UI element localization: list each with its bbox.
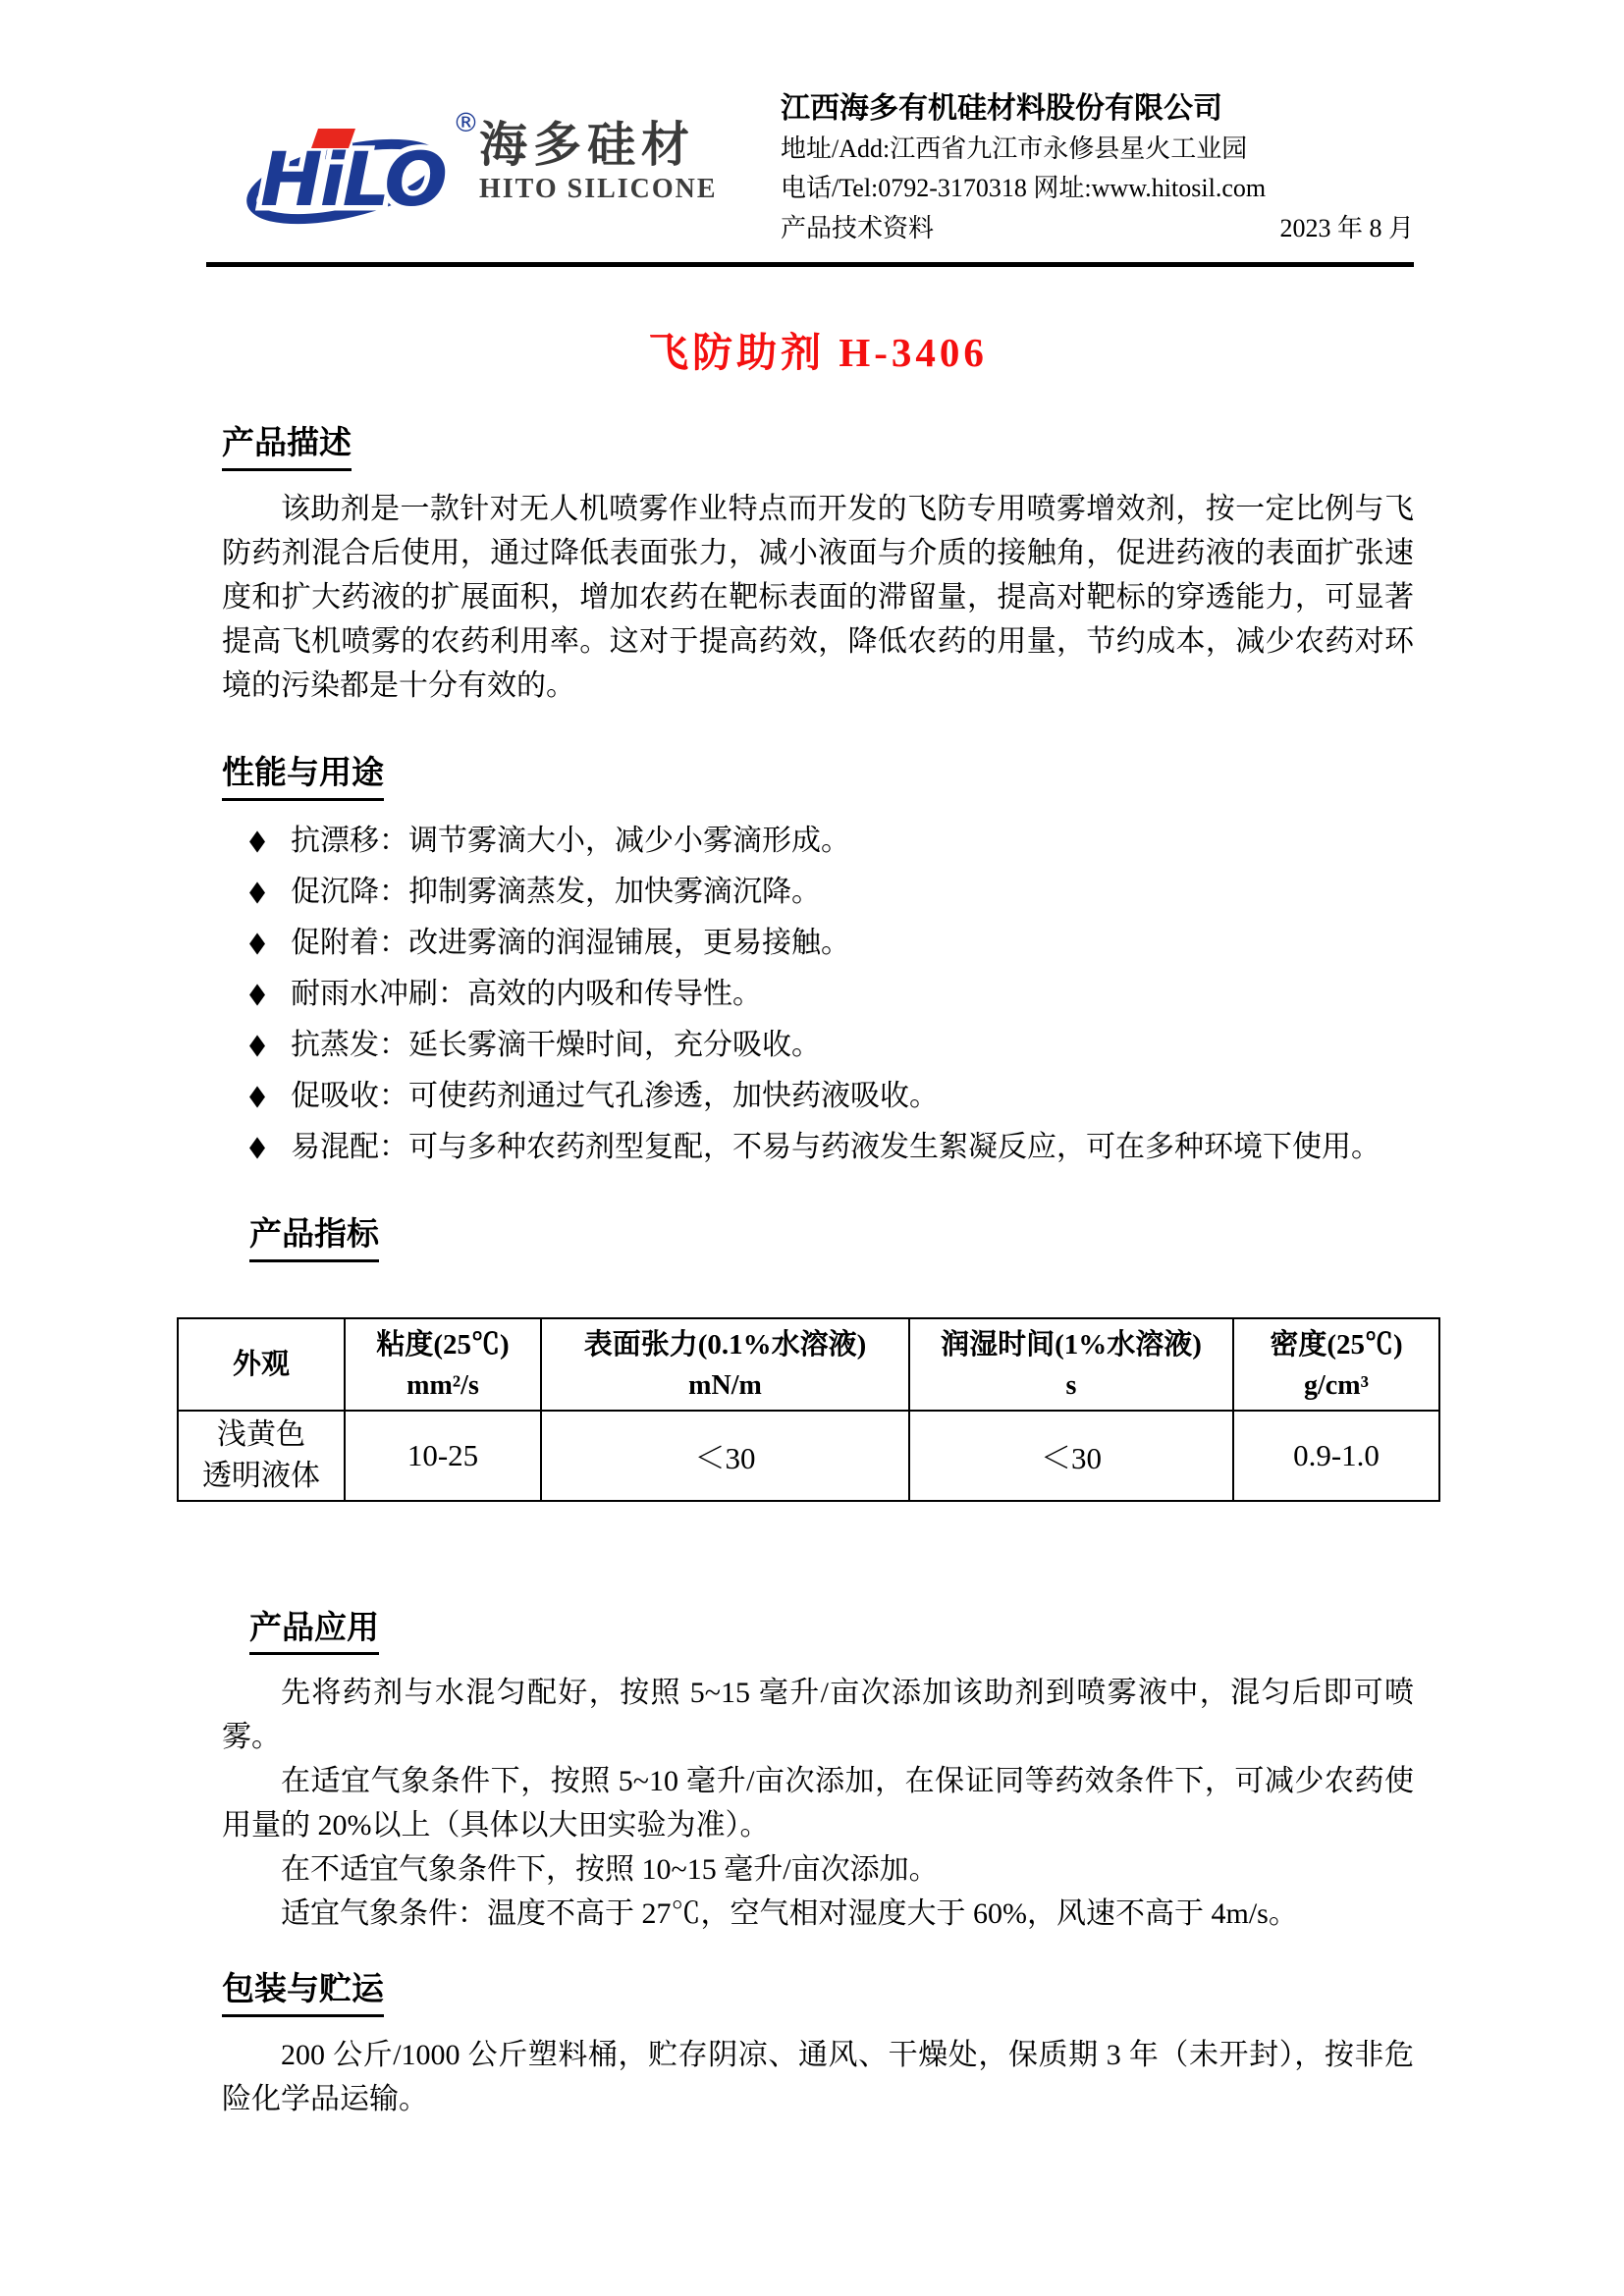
section-description: 产品描述 该助剂是一款针对无人机喷雾作业特点而开发的飞防专用喷雾增效剂，按一定比…: [222, 423, 1414, 708]
spec-table: 外观 粘度(25℃)mm²/s 表面张力(0.1%水溶液)mN/m 润湿时间(1…: [177, 1317, 1440, 1502]
packaging-heading: 包装与贮运: [222, 1969, 1414, 2017]
doc-type-label: 产品技术资料: [781, 209, 934, 248]
application-heading: 产品应用: [249, 1608, 1414, 1656]
application-paragraph: 在不适宜气象条件下，按照 10~15 毫升/亩次添加。: [222, 1847, 1414, 1892]
hito-logo-mark: HiLO ®: [245, 116, 454, 232]
performance-heading: 性能与用途: [222, 753, 1414, 801]
feature-item: ◆抗蒸发：延长雾滴干燥时间，充分吸收。: [222, 1023, 1414, 1067]
feature-text: 促沉降：抑制雾滴蒸发，加快雾滴沉降。: [291, 870, 1414, 914]
diamond-bullet-icon: ◆: [249, 921, 279, 965]
feature-text: 抗蒸发：延长雾滴干燥时间，充分吸收。: [291, 1023, 1414, 1067]
spec-value-cell: ＜30: [541, 1411, 909, 1501]
application-paragraph: 适宜气象条件：温度不高于 27℃，空气相对湿度大于 60%，风速不高于 4m/s…: [222, 1892, 1414, 1936]
document-page: HiLO ® 海多硅材 HITO SILICONE 江西海多有机硅材料股份有限公…: [0, 0, 1624, 2296]
section-specs: 产品指标 外观 粘度(25℃)mm²/s 表面张力(0.1%水溶液)mN/m 润…: [222, 1214, 1414, 1502]
company-logo: HiLO ® 海多硅材 HITO SILICONE: [245, 116, 718, 232]
spec-col-header: 表面张力(0.1%水溶液)mN/m: [541, 1318, 909, 1411]
packaging-body: 200 公斤/1000 公斤塑料桶，贮存阴凉、通风、干燥处，保质期 3 年（未开…: [222, 2033, 1414, 2121]
spec-col-header: 润湿时间(1%水溶液)s: [909, 1318, 1233, 1411]
logo-text-block: 海多硅材 HITO SILICONE: [479, 116, 718, 205]
spec-value-cell: 浅黄色 透明液体: [178, 1411, 345, 1501]
hito-wordmark-icon: HiLO: [245, 116, 454, 232]
spec-header-row: 外观 粘度(25℃)mm²/s 表面张力(0.1%水溶液)mN/m 润湿时间(1…: [178, 1318, 1439, 1411]
logo-red-dash-icon: [311, 129, 355, 148]
doc-date: 2023 年 8 月: [1279, 209, 1414, 248]
feature-text: 抗漂移：调节雾滴大小，减少小雾滴形成。: [291, 819, 1414, 863]
spec-col-header: 外观: [178, 1318, 345, 1411]
spec-value-cell: ＜30: [909, 1411, 1233, 1501]
section-packaging: 包装与贮运 200 公斤/1000 公斤塑料桶，贮存阴凉、通风、干燥处，保质期 …: [222, 1969, 1414, 2121]
feature-item: ◆耐雨水冲刷：高效的内吸和传导性。: [222, 972, 1414, 1016]
feature-text: 促附着：改进雾滴的润湿铺展，更易接触。: [291, 921, 1414, 965]
feature-item: ◆易混配：可与多种农药剂型复配，不易与药液发生絮凝反应，可在多种环境下使用。: [222, 1125, 1414, 1169]
page-header: HiLO ® 海多硅材 HITO SILICONE 江西海多有机硅材料股份有限公…: [222, 88, 1414, 248]
header-rule: [206, 262, 1414, 267]
section-application: 产品应用 先将药剂与水混匀配好，按照 5~15 毫升/亩次添加该助剂到喷雾液中，…: [222, 1608, 1414, 1937]
logo-cn-name: 海多硅材: [479, 118, 718, 173]
diamond-bullet-icon: ◆: [249, 1074, 279, 1118]
feature-text: 促吸收：可使药剂通过气孔渗透，加快药液吸收。: [291, 1074, 1414, 1118]
feature-item: ◆促吸收：可使药剂通过气孔渗透，加快药液吸收。: [222, 1074, 1414, 1118]
logo-en-name: HITO SILICONE: [479, 174, 718, 205]
specs-heading: 产品指标: [249, 1214, 1414, 1262]
registered-trademark-icon: ®: [453, 108, 479, 138]
diamond-bullet-icon: ◆: [249, 819, 279, 863]
company-tel-web: 电话/Tel:0792-3170318 网址:www.hitosil.com: [781, 169, 1414, 208]
spec-col-header: 密度(25℃)g/cm³: [1233, 1318, 1439, 1411]
diamond-bullet-icon: ◆: [249, 972, 279, 1016]
doc-meta-row: 产品技术资料 2023 年 8 月: [781, 209, 1414, 248]
description-body: 该助剂是一款针对无人机喷雾作业特点而开发的飞防专用喷雾增效剂，按一定比例与飞防药…: [222, 487, 1414, 708]
spec-col-header: 粘度(25℃)mm²/s: [345, 1318, 541, 1411]
feature-item: ◆促附着：改进雾滴的润湿铺展，更易接触。: [222, 921, 1414, 965]
spec-value-row: 浅黄色 透明液体 10-25 ＜30 ＜30 0.9-1.0: [178, 1411, 1439, 1501]
application-paragraph: 先将药剂与水混匀配好，按照 5~15 毫升/亩次添加该助剂到喷雾液中，混匀后即可…: [222, 1671, 1414, 1759]
diamond-bullet-icon: ◆: [249, 1125, 279, 1169]
feature-item: ◆抗漂移：调节雾滴大小，减少小雾滴形成。: [222, 819, 1414, 863]
description-heading: 产品描述: [222, 423, 1414, 471]
application-paragraph: 在适宜气象条件下，按照 5~10 毫升/亩次添加，在保证同等药效条件下，可减少农…: [222, 1759, 1414, 1847]
feature-list: ◆抗漂移：调节雾滴大小，减少小雾滴形成。 ◆促沉降：抑制雾滴蒸发，加快雾滴沉降。…: [222, 819, 1414, 1169]
feature-text: 易混配：可与多种农药剂型复配，不易与药液发生絮凝反应，可在多种环境下使用。: [291, 1125, 1414, 1169]
spec-value-cell: 10-25: [345, 1411, 541, 1501]
diamond-bullet-icon: ◆: [249, 870, 279, 914]
feature-item: ◆促沉降：抑制雾滴蒸发，加快雾滴沉降。: [222, 870, 1414, 914]
company-name: 江西海多有机硅材料股份有限公司: [781, 88, 1414, 130]
company-info: 江西海多有机硅材料股份有限公司 地址/Add:江西省九江市永修县星火工业园 电话…: [781, 88, 1414, 248]
feature-text: 耐雨水冲刷：高效的内吸和传导性。: [291, 972, 1414, 1016]
page-title: 飞防助剂 H-3406: [222, 320, 1414, 378]
company-address: 地址/Add:江西省九江市永修县星火工业园: [781, 130, 1414, 169]
diamond-bullet-icon: ◆: [249, 1023, 279, 1067]
logo-wordmark-text: HiLO: [260, 135, 445, 223]
spec-value-cell: 0.9-1.0: [1233, 1411, 1439, 1501]
section-performance: 性能与用途 ◆抗漂移：调节雾滴大小，减少小雾滴形成。 ◆促沉降：抑制雾滴蒸发，加…: [222, 753, 1414, 1169]
